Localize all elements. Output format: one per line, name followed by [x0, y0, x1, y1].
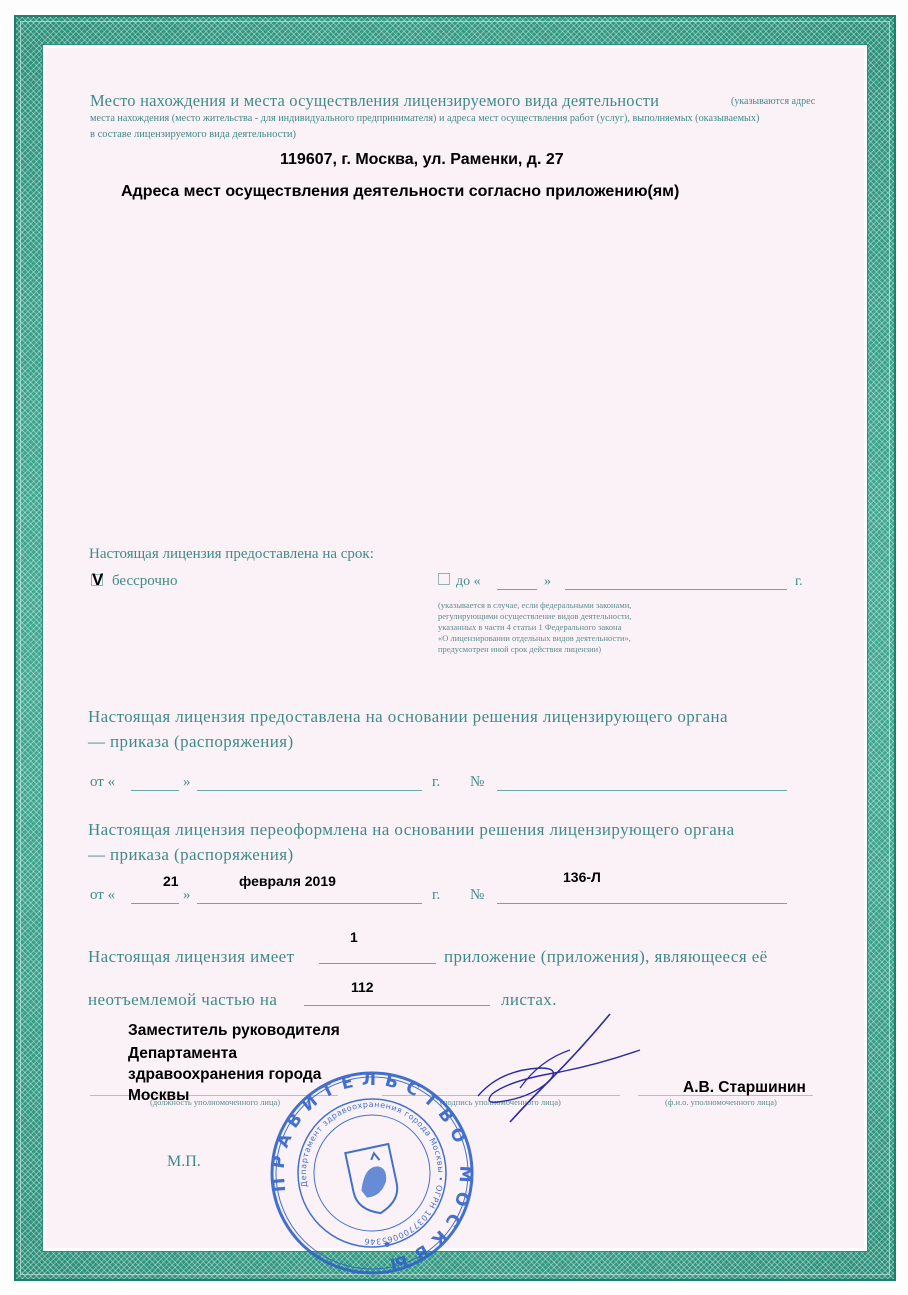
granted-from-mid: »: [183, 774, 191, 791]
reissued-month-year-field[interactable]: [197, 903, 422, 904]
location-note-line-3: в составе лицензируемого вида деятельнос…: [90, 129, 296, 140]
granted-number-field[interactable]: [497, 790, 787, 791]
reissued-number-field[interactable]: [497, 903, 787, 904]
position-line-1: Заместитель руководителя: [128, 1022, 340, 1040]
granted-from-prefix: от «: [90, 774, 115, 791]
granted-number-prefix: №: [470, 774, 484, 791]
position-line-2: Департамента: [128, 1045, 237, 1063]
handwritten-signature: [470, 1010, 650, 1130]
until-day-field[interactable]: [497, 589, 537, 590]
reissued-from-mid: »: [183, 887, 191, 904]
appendix-text-2b: листах.: [501, 990, 557, 1010]
until-mid: »: [544, 574, 551, 590]
appendix-count: 1: [350, 929, 358, 945]
reissued-month-year: февраля 2019: [239, 873, 336, 889]
until-month-year-field[interactable]: [565, 589, 787, 590]
location-note-line-2: места нахождения (место жительства - для…: [90, 113, 759, 124]
position-line-4: Москвы: [128, 1087, 189, 1105]
main-address: 119607, г. Москва, ул. Раменки, д. 27: [280, 151, 564, 169]
granted-year-suffix: г.: [432, 774, 440, 791]
granted-day-field[interactable]: [131, 790, 179, 791]
until-prefix: до «: [456, 574, 481, 590]
reissued-year-suffix: г.: [432, 887, 440, 904]
reissued-from-prefix: от «: [90, 887, 115, 904]
until-note-5: предусмотрен иной срок действия лицензии…: [438, 644, 601, 654]
reissued-line-1: Настоящая лицензия переоформлена на осно…: [88, 820, 735, 840]
until-note-4: «О лицензировании отдельных видов деятел…: [438, 633, 631, 643]
location-heading: Место нахождения и места осуществления л…: [90, 91, 659, 111]
position-line-3: здравоохранения города: [128, 1066, 321, 1084]
check-mark-icon: V: [92, 570, 103, 590]
appendix-text-2a: неотъемлемой частью на: [88, 990, 277, 1010]
indefinite-label: бессрочно: [112, 573, 177, 590]
until-date-checkbox[interactable]: [438, 573, 450, 585]
until-note-2: регулирующими осуществление видов деятел…: [438, 611, 631, 621]
signatory-name: А.В. Старшинин: [683, 1079, 806, 1097]
seal-place-label: М.П.: [167, 1153, 201, 1171]
until-note-3: указанных в части 4 статьи 1 Федеральног…: [438, 622, 621, 632]
until-note-1: (указывается в случае, если федеральными…: [438, 600, 631, 610]
reissued-number-prefix: №: [470, 887, 484, 904]
appendix-text-1a: Настоящая лицензия имеет: [88, 947, 294, 967]
until-year-suffix: г.: [795, 574, 803, 590]
location-heading-note: (указываются адрес: [731, 96, 815, 107]
activity-locations: Адреса мест осуществления деятельности с…: [121, 183, 679, 201]
official-seal-stamp: ПРАВИТЕЛЬСТВО МОСКВЫ Департамент здравоо…: [262, 1068, 482, 1278]
reissued-line-2: — приказа (распоряжения): [88, 845, 294, 865]
appendix-sheets: 112: [351, 979, 374, 995]
reissued-day: 21: [163, 873, 179, 889]
reissued-number: 136-Л: [563, 869, 601, 885]
granted-line-2: — приказа (распоряжения): [88, 732, 294, 752]
term-label: Настоящая лицензия предоставлена на срок…: [89, 546, 374, 563]
granted-month-year-field[interactable]: [197, 790, 422, 791]
granted-line-1: Настоящая лицензия предоставлена на осно…: [88, 707, 728, 727]
reissued-day-field[interactable]: [131, 903, 179, 904]
appendix-text-1b: приложение (приложения), являющееся её: [444, 947, 768, 967]
appendix-sheets-field[interactable]: [304, 1005, 490, 1006]
name-caption: (ф.и.о. уполномоченного лица): [665, 1097, 777, 1107]
appendix-count-field[interactable]: [319, 963, 436, 964]
